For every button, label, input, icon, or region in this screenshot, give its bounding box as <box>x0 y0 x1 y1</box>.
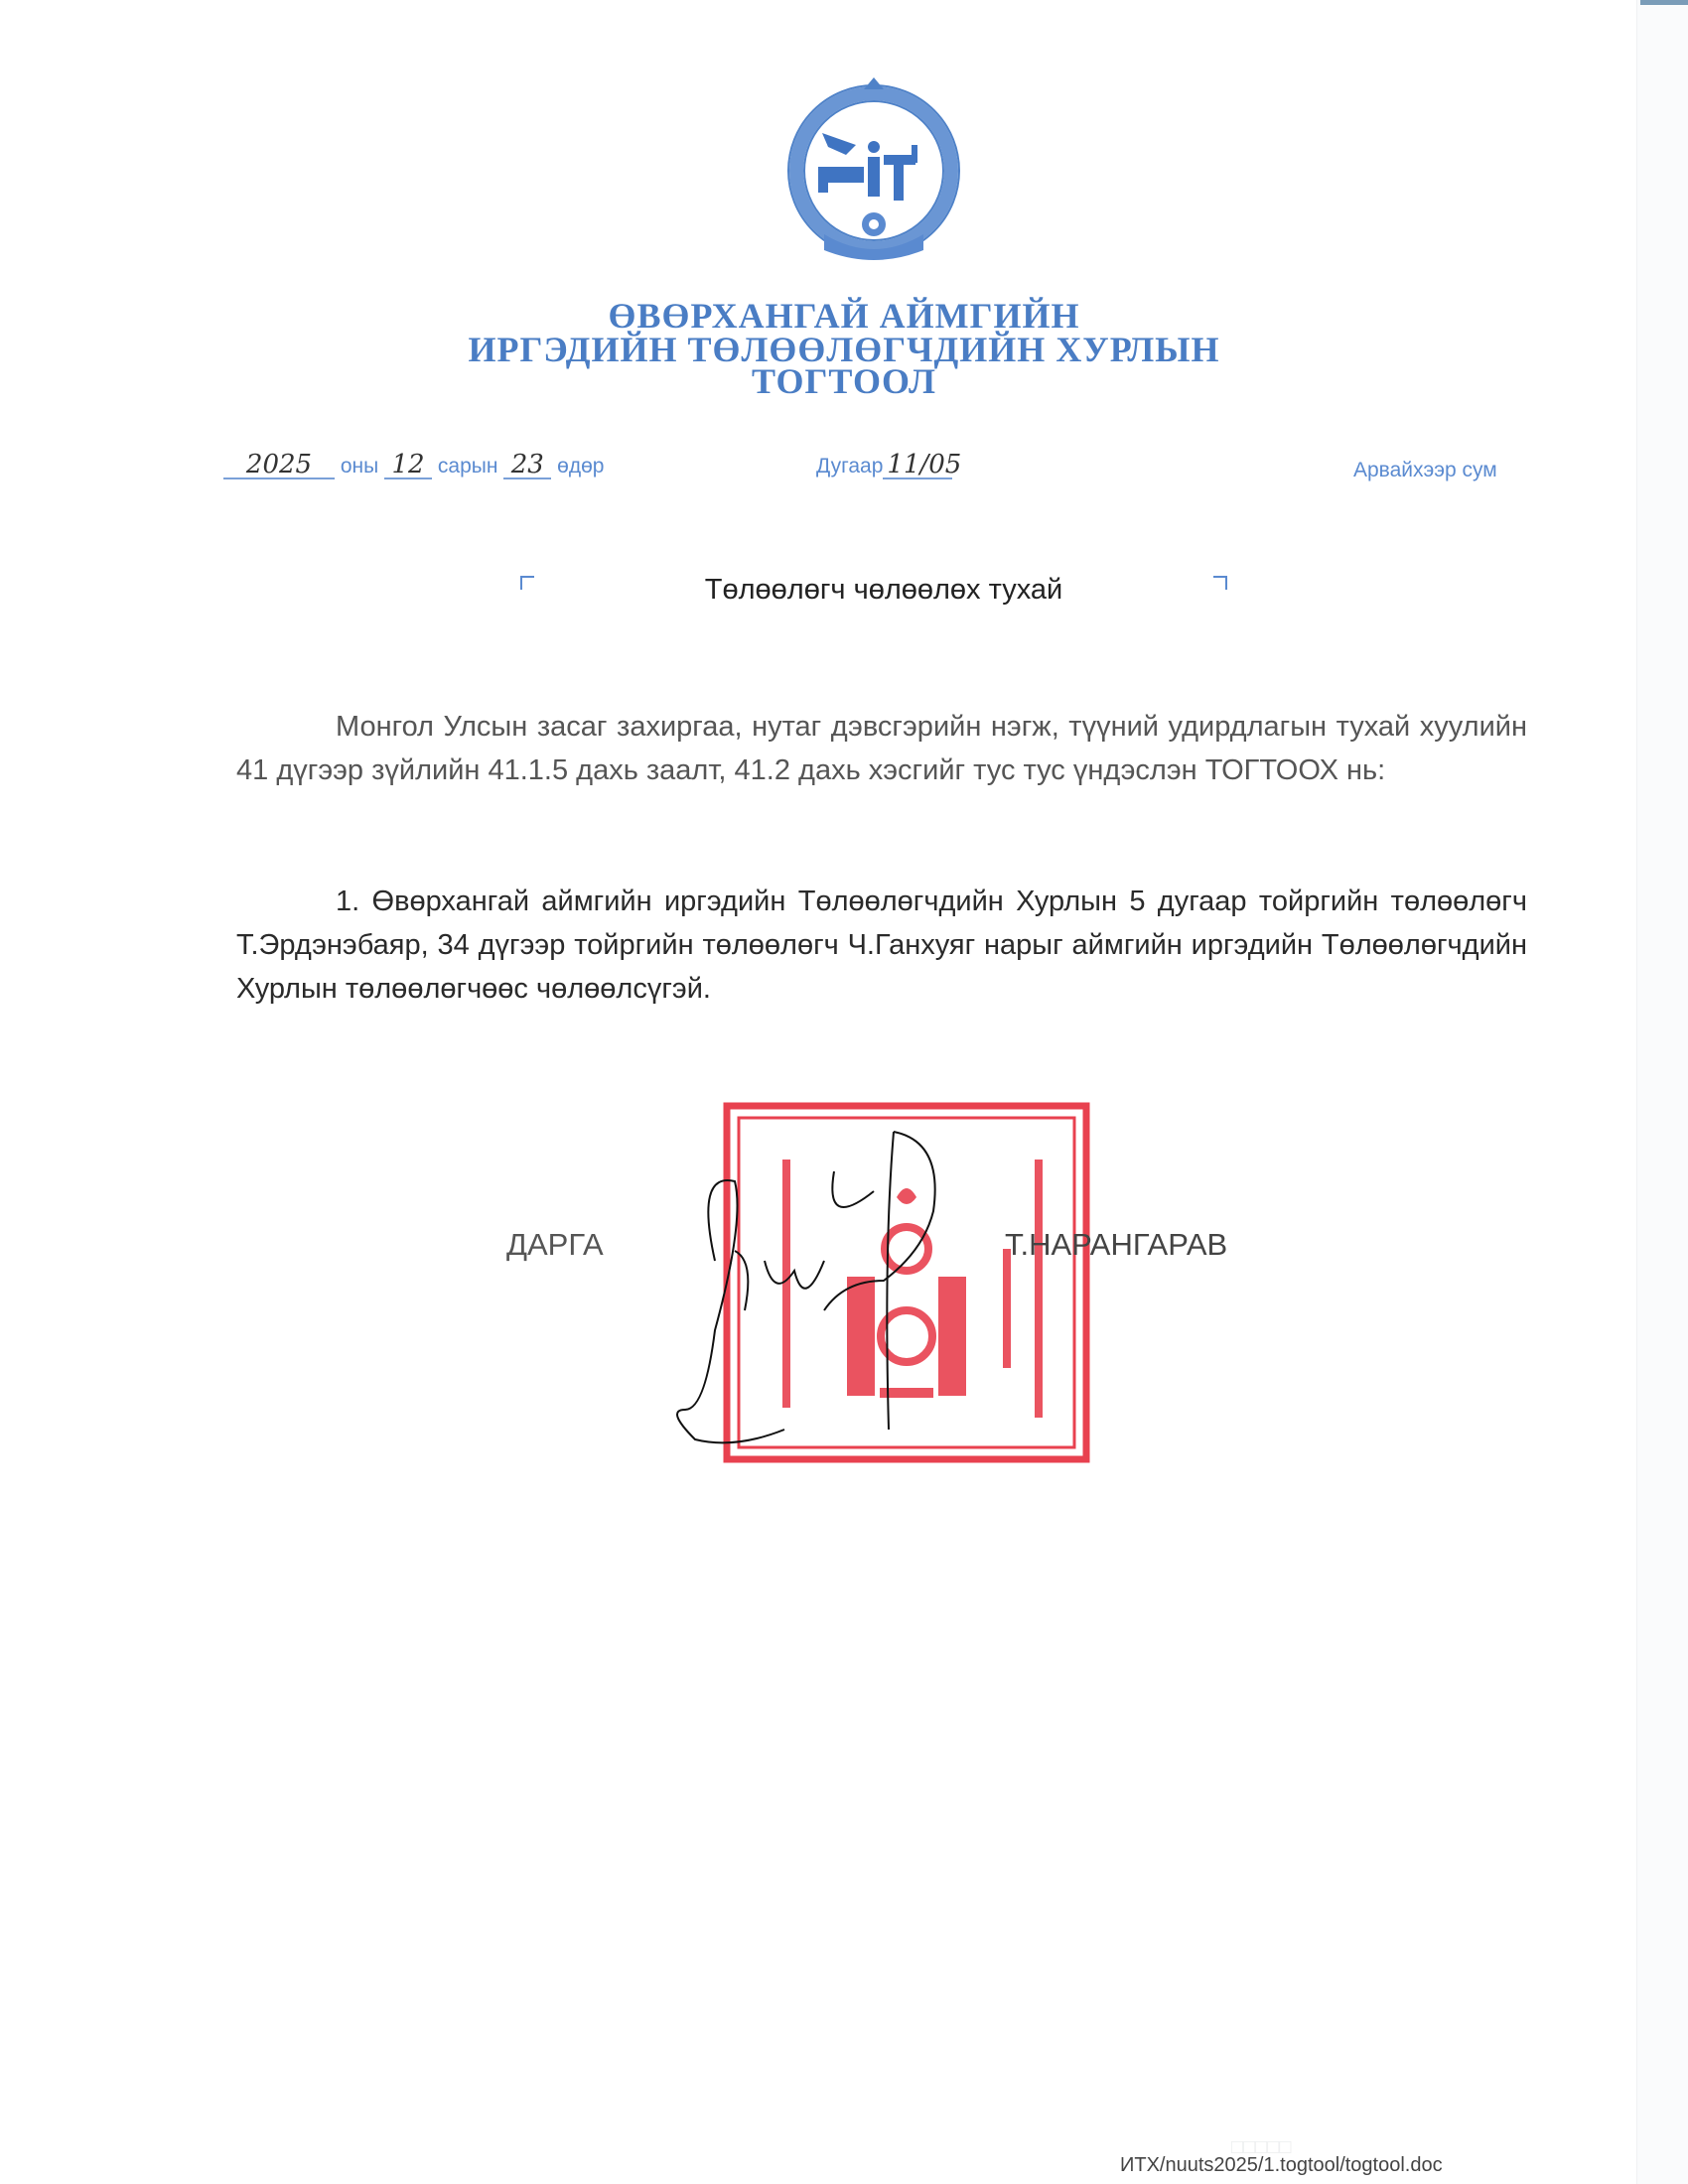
header-line-3: ТОГТООЛ <box>0 363 1688 399</box>
handwritten-signature-icon <box>675 1112 973 1449</box>
preamble-paragraph: Монгол Улсын засаг захиргаа, нутаг дэвсг… <box>236 705 1527 792</box>
header-line-1: ӨВӨРХАНГАЙ АЙМГИЙН <box>0 298 1688 334</box>
signatory-title: ДАРГА <box>506 1227 604 1263</box>
document-date: 2025 оны 12 сарын 23 өдөр <box>223 452 604 479</box>
resolution-item-1: 1. Өвөрхангай аймгийн иргэдийн Төлөөлөгч… <box>236 880 1527 1011</box>
month-label: сарын <box>438 455 498 478</box>
scan-edge-strip <box>1640 0 1688 5</box>
date-month: 12 <box>384 452 432 479</box>
document-number: Дугаар11/05 <box>816 452 952 479</box>
signatory-name: Т.НАРАНГАРАВ <box>1005 1227 1227 1263</box>
date-year: 2025 <box>223 452 335 479</box>
footer-file-path: ИТХ/nuuts2025/1.togtool/togtool.doc <box>1120 2154 1443 2177</box>
date-day: 23 <box>503 452 551 479</box>
number-value: 11/05 <box>883 452 952 479</box>
document-subject: Төлөөлөгч чөлөөлөх тухай <box>0 574 1688 607</box>
year-label: оны <box>341 455 378 478</box>
document-place: Арвайхээр сум <box>1353 459 1497 482</box>
mongolia-state-emblem-icon <box>784 75 963 266</box>
day-label: өдөр <box>557 455 604 478</box>
number-label: Дугаар <box>816 455 883 478</box>
